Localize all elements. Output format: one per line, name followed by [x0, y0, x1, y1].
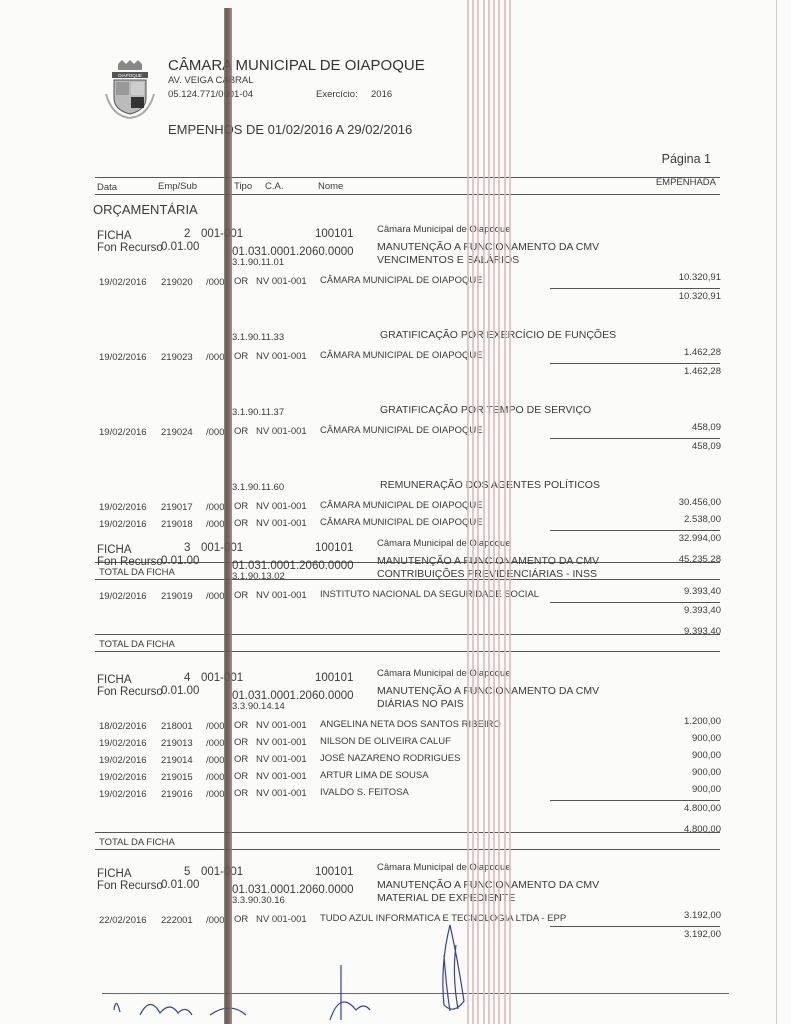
section-title: ORÇAMENTÁRIA	[93, 202, 198, 217]
group-subtotal: 10.320,91	[679, 291, 721, 302]
row-valor: 900,00	[692, 750, 721, 761]
scan-artifact-band	[224, 8, 232, 1024]
row-nome: ARTUR LIMA DE SOUSA	[320, 770, 429, 781]
org-address: AV. VEIGA CABRAL	[168, 75, 254, 86]
row-sub: /000	[206, 277, 225, 288]
row-valor: 1.200,00	[684, 716, 721, 727]
divider	[550, 926, 720, 927]
total-ficha-label: TOTAL DA FICHA	[99, 639, 175, 650]
element-code: 3.1.90.13.02	[232, 571, 285, 582]
row-tipo: OR	[234, 351, 248, 362]
exercicio-label: Exercício:	[316, 89, 358, 100]
divider	[550, 438, 720, 439]
row-sub: /000	[206, 519, 225, 530]
row-nome: CÂMARA MUNICIPAL DE OIAPOQUE	[320, 425, 483, 436]
group-subtotal: 1.462,28	[684, 366, 721, 377]
fon-recurso-label: Fon Recurso	[97, 556, 163, 568]
row-date: 19/02/2016	[99, 755, 147, 766]
element-description: DIÁRIAS NO PAIS	[377, 698, 464, 710]
ficha-entity: Câmara Municipal de Oiapoque	[377, 538, 511, 549]
row-tipo: OR	[234, 518, 248, 529]
ficha-total: 4.800,00	[684, 824, 721, 835]
row-valor: 2.538,00	[684, 514, 721, 525]
element-description: CONTRIBUIÇÕES PREVIDENCIÁRIAS - INSS	[377, 568, 597, 580]
org-cnpj: 05.124.771/0001-04	[168, 89, 253, 100]
element-code: 3.1.90.11.37	[232, 407, 284, 418]
ficha-unit: 001-001	[201, 672, 243, 684]
ficha-label: FICHA	[97, 230, 132, 242]
page-number: Página 1	[662, 152, 711, 166]
ficha-label: FICHA	[97, 868, 132, 880]
ficha-entity: Câmara Municipal de Oiapoque	[377, 668, 511, 679]
row-sub: /000	[206, 427, 225, 438]
row-sub: /000	[206, 789, 225, 800]
exercicio-value: 2016	[371, 89, 392, 100]
signatures	[100, 915, 520, 1024]
row-ca: NV 001-001	[256, 737, 307, 748]
divider	[95, 634, 720, 635]
row-date: 19/02/2016	[99, 772, 147, 783]
ficha-code: 100101	[315, 672, 353, 684]
row-valor: 9.393,40	[684, 586, 721, 597]
row-tipo: OR	[234, 501, 248, 512]
report-title: EMPENHOS DE 01/02/2016 A 29/02/2016	[168, 122, 412, 137]
ficha-code: 100101	[315, 228, 353, 240]
row-nome: JOSÉ NAZARENO RODRIGUES	[320, 753, 460, 764]
element-description: GRATIFICAÇÃO POR TEMPO DE SERVIÇO	[380, 404, 591, 416]
element-code: 3.1.90.11.33	[232, 332, 284, 343]
row-nome: CÂMARA MUNICIPAL DE OIAPOQUE	[320, 517, 483, 528]
row-sub: /000	[206, 738, 225, 749]
row-nome: IVALDO S. FEITOSA	[320, 787, 409, 798]
ficha-code: 100101	[315, 866, 353, 878]
row-date: 19/02/2016	[99, 502, 147, 513]
row-emp: 218001	[161, 721, 193, 732]
row-sub: /000	[206, 755, 225, 766]
row-emp: 219016	[161, 789, 193, 800]
ficha-unit: 001-001	[201, 228, 243, 240]
row-ca: NV 001-001	[256, 501, 307, 512]
row-tipo: OR	[234, 590, 248, 601]
fon-recurso-value: 0.01.00	[161, 685, 199, 697]
row-ca: NV 001-001	[256, 788, 307, 799]
ficha-number: 2	[184, 228, 190, 240]
col-ca: C.A.	[265, 181, 283, 192]
row-date: 19/02/2016	[99, 738, 147, 749]
ficha-number: 4	[184, 672, 190, 684]
row-tipo: OR	[234, 720, 248, 731]
row-valor: 10.320,91	[679, 272, 721, 283]
row-ca: NV 001-001	[256, 426, 307, 437]
ficha-unit: 001-001	[201, 866, 243, 878]
row-emp: 219014	[161, 755, 193, 766]
coat-of-arms-logo: OIAPOQUE	[104, 58, 156, 122]
divider	[95, 651, 720, 652]
divider	[550, 602, 720, 603]
row-valor: 900,00	[692, 784, 721, 795]
row-valor: 900,00	[692, 767, 721, 778]
row-nome: INSTITUTO NACIONAL DA SEGURIDADE SOCIAL	[320, 589, 539, 600]
total-ficha-label: TOTAL DA FICHA	[99, 567, 175, 578]
divider	[95, 832, 720, 833]
element-code: 3.1.90.11.60	[232, 482, 284, 493]
row-ca: NV 001-001	[256, 351, 307, 362]
row-date: 19/02/2016	[99, 427, 147, 438]
element-code: 3.3.90.14.14	[232, 701, 285, 712]
row-nome: CÂMARA MUNICIPAL DE OIAPOQUE	[320, 350, 483, 361]
row-tipo: OR	[234, 771, 248, 782]
ficha-code: 100101	[315, 542, 353, 554]
divider	[95, 849, 720, 850]
ficha-number: 3	[184, 542, 190, 554]
row-date: 19/02/2016	[99, 519, 147, 530]
row-emp: 219023	[161, 352, 193, 363]
row-ca: NV 001-001	[256, 754, 307, 765]
row-ca: NV 001-001	[256, 720, 307, 731]
org-name: CÂMARA MUNICIPAL DE OIAPOQUE	[168, 57, 425, 74]
row-emp: 219018	[161, 519, 193, 530]
fon-recurso-label: Fon Recurso	[97, 686, 163, 698]
row-sub: /000	[206, 591, 225, 602]
row-valor: 30.456,00	[679, 497, 721, 508]
group-subtotal: 4.800,00	[684, 803, 721, 814]
row-emp: 219015	[161, 772, 193, 783]
row-date: 18/02/2016	[99, 721, 147, 732]
row-nome: NILSON DE OLIVEIRA CALUF	[320, 736, 451, 747]
row-emp: 219019	[161, 591, 193, 602]
col-tipo: Tipo	[234, 181, 252, 192]
row-emp: 219013	[161, 738, 193, 749]
group-subtotal: 32.994,00	[679, 533, 721, 544]
row-ca: NV 001-001	[256, 590, 307, 601]
ficha-number: 5	[184, 866, 190, 878]
divider	[550, 288, 720, 289]
fon-recurso-value: 0.01.00	[161, 241, 199, 253]
row-nome: CÂMARA MUNICIPAL DE OIAPOQUE	[320, 500, 483, 511]
ficha-entity: Câmara Municipal de Oiapoque	[377, 224, 511, 235]
fon-recurso-label: Fon Recurso	[97, 880, 163, 892]
row-ca: NV 001-001	[256, 771, 307, 782]
fon-recurso-value: 0.01.00	[161, 555, 199, 567]
row-sub: /000	[206, 772, 225, 783]
ficha-total: 45.235,28	[679, 554, 721, 565]
row-sub: /000	[206, 352, 225, 363]
row-valor: 1.462,28	[684, 347, 721, 358]
ficha-total: 9.393,40	[684, 626, 721, 637]
divider	[550, 800, 720, 801]
ficha-label: FICHA	[97, 674, 132, 686]
row-tipo: OR	[234, 754, 248, 765]
row-tipo: OR	[234, 426, 248, 437]
fon-recurso-value: 0.01.00	[161, 879, 199, 891]
row-ca: NV 001-001	[256, 276, 307, 287]
row-sub: /000	[206, 721, 225, 732]
group-subtotal: 9.393,40	[684, 605, 721, 616]
ficha-label: FICHA	[97, 544, 132, 556]
row-date: 19/02/2016	[99, 789, 147, 800]
row-sub: /000	[206, 502, 225, 513]
row-nome: CÂMARA MUNICIPAL DE OIAPOQUE	[320, 275, 483, 286]
row-tipo: OR	[234, 737, 248, 748]
ficha-unit: 001-001	[201, 542, 243, 554]
row-emp: 219017	[161, 502, 193, 513]
ficha-entity: Câmara Municipal de Oiapoque	[377, 862, 511, 873]
divider	[550, 363, 720, 364]
row-valor: 3.192,00	[684, 910, 721, 921]
group-subtotal: 3.192,00	[684, 929, 721, 940]
fon-recurso-label: Fon Recurso	[97, 242, 163, 254]
element-code: 3.3.90.30.16	[232, 895, 285, 906]
col-emp-sub: Emp/Sub	[158, 181, 197, 192]
row-ca: NV 001-001	[256, 518, 307, 529]
group-subtotal: 458,09	[692, 441, 721, 452]
row-tipo: OR	[234, 276, 248, 287]
col-nome: Nome	[318, 181, 343, 192]
col-data: Data	[97, 182, 117, 193]
row-tipo: OR	[234, 788, 248, 799]
divider	[550, 530, 720, 531]
row-date: 19/02/2016	[99, 352, 147, 363]
row-date: 19/02/2016	[99, 591, 147, 602]
svg-text:OIAPOQUE: OIAPOQUE	[118, 73, 142, 78]
total-ficha-label: TOTAL DA FICHA	[99, 837, 175, 848]
element-code: 3.1.90.11.01	[232, 257, 284, 268]
col-empenhada: EMPENHADA	[656, 177, 716, 188]
row-date: 19/02/2016	[99, 277, 147, 288]
row-valor: 458,09	[692, 422, 721, 433]
row-emp: 219020	[161, 277, 193, 288]
row-valor: 900,00	[692, 733, 721, 744]
row-emp: 219024	[161, 427, 193, 438]
